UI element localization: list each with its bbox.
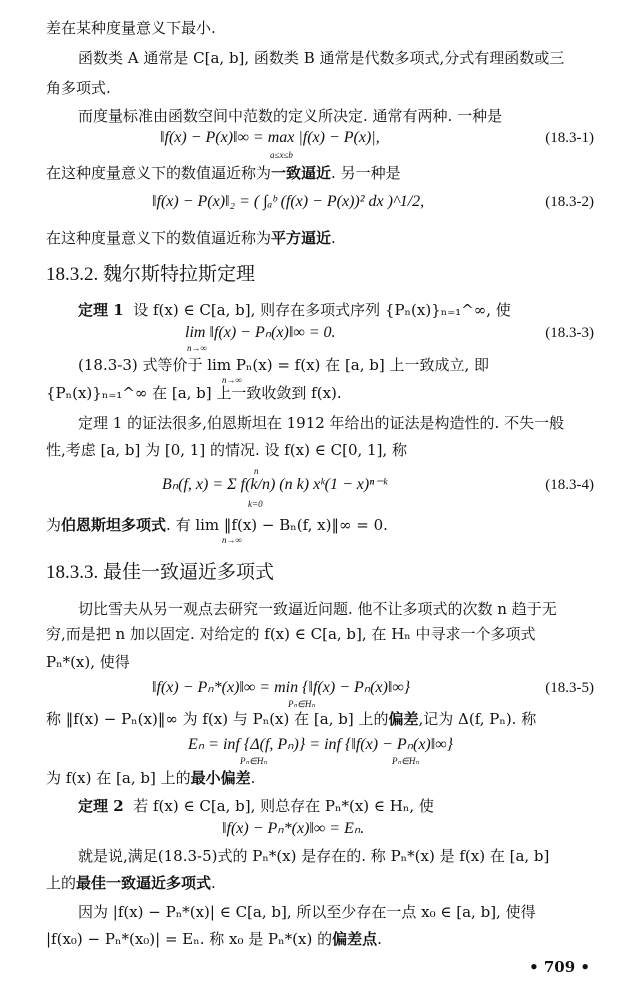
text-line: 性,考虑 [a, b] 为 [0, 1] 的情况. 设 f(x) ∈ C[0, … xyxy=(46,440,407,460)
text-line: 为伯恩斯坦多项式. 有 lim ‖f(x) − Bₙ(f, x)‖∞ = 0. xyxy=(46,515,388,535)
section-heading: 18.3.3. 最佳一致逼近多项式 xyxy=(46,560,274,586)
text-line: 就是说,满足(18.3-5)式的 Pₙ*(x) 是存在的. 称 Pₙ*(x) 是… xyxy=(78,846,549,866)
text-line: 差在某种度量意义下最小. xyxy=(46,18,216,38)
text-span: . xyxy=(211,874,216,892)
equation-min-deviation: Eₙ = inf {Δ(f, Pₙ)} = inf {‖f(x) − Pₙ(x)… xyxy=(188,734,453,756)
equation-subscript: a≤x≤b xyxy=(270,150,293,160)
equation-subscript: Pₙ∈Hₙ xyxy=(288,699,315,709)
theorem-2: 定理 2 若 f(x) ∈ C[a, b], 则总存在 Pₙ*(x) ∈ Hₙ,… xyxy=(78,796,434,816)
theorem-1: 定理 1 设 f(x) ∈ C[a, b], 则存在多项式序列 {Pₙ(x)}ₙ… xyxy=(78,300,511,320)
equation-number: (18.3-3) xyxy=(545,322,594,344)
text-line: (18.3-3) 式等价于 lim Pₙ(x) = f(x) 在 [a, b] … xyxy=(78,355,489,375)
term-deviation-point: 偏差点 xyxy=(332,930,377,948)
text-line: 函数类 A 通常是 C[a, b], 函数类 B 通常是代数多项式,分式有理函数… xyxy=(78,48,564,68)
text-span: ,记为 Δ(f, Pₙ). 称 xyxy=(418,710,536,728)
document-page: 差在某种度量意义下最小. 函数类 A 通常是 C[a, b], 函数类 B 通常… xyxy=(0,0,640,988)
text-line: 定理 1 的证法很多,伯恩斯坦在 1912 年给出的证法是构造性的. 不失一般 xyxy=(78,413,564,433)
text-span: 为 f(x) 在 [a, b] 上的 xyxy=(46,769,191,787)
equation-subscript: Pₙ∈Hₙ xyxy=(392,756,419,766)
equation-18-3-2: ‖f(x) − P(x)‖₂ = ( ∫ₐᵇ (f(x) − P(x))² dx… xyxy=(152,191,424,213)
text-line: 在这种度量意义下的数值逼近称为一致逼近. 另一种是 xyxy=(46,163,401,183)
term-uniform-approximation: 一致逼近 xyxy=(271,164,331,182)
equation-number: (18.3-2) xyxy=(545,191,594,213)
text-span: 称 ‖f(x) − Pₙ(x)‖∞ 为 f(x) 与 Pₙ(x) 在 [a, b… xyxy=(46,710,388,728)
text-line: 角多项式. xyxy=(46,78,111,98)
text-span: . 另一种是 xyxy=(331,164,401,182)
text-span: . xyxy=(251,769,256,787)
limit-subscript: n→∞ xyxy=(222,535,242,545)
equation-18-3-3: lim ‖f(x) − Pₙ(x)‖∞ = 0. xyxy=(185,322,336,344)
text-line: 而度量标准由函数空间中范数的定义所决定. 通常有两种. 一种是 xyxy=(78,106,502,126)
theorem-text: 若 f(x) ∈ C[a, b], 则总存在 Pₙ*(x) ∈ Hₙ, 使 xyxy=(133,797,434,815)
equation-number: (18.3-4) xyxy=(545,474,594,496)
text-span: 在这种度量意义下的数值逼近称为 xyxy=(46,229,271,247)
text-line: 在这种度量意义下的数值逼近称为平方逼近. xyxy=(46,228,336,248)
equation-number: (18.3-5) xyxy=(545,677,594,699)
equation-18-3-5: ‖f(x) − Pₙ*(x)‖∞ = min {‖f(x) − Pₙ(x)‖∞} xyxy=(152,677,410,699)
term-bernstein-polynomial: 伯恩斯坦多项式 xyxy=(61,516,166,534)
section-heading: 18.3.2. 魏尔斯特拉斯定理 xyxy=(46,262,255,288)
text-span: 为 xyxy=(46,516,61,534)
term-deviation: 偏差 xyxy=(388,710,418,728)
text-line: {Pₙ(x)}ₙ₌₁^∞ 在 [a, b] 上一致收敛到 f(x). xyxy=(46,383,342,403)
text-line: 切比雪夫从另一观点去研究一致逼近问题. 他不让多项式的次数 n 趋于无 xyxy=(78,599,557,619)
theorem-label: 定理 2 xyxy=(78,797,124,815)
equation-18-3-1: ‖f(x) − P(x)‖∞ = max |f(x) − P(x)|, xyxy=(160,127,380,149)
text-span: . xyxy=(331,229,336,247)
equation-subscript: n→∞ xyxy=(187,343,207,353)
equation-subscript: Pₙ∈Hₙ xyxy=(240,756,267,766)
equation-best-approx: ‖f(x) − Pₙ*(x)‖∞ = Eₙ. xyxy=(222,818,364,840)
text-span: . xyxy=(377,930,382,948)
text-span: . 有 lim ‖f(x) − Bₙ(f, x)‖∞ = 0. xyxy=(166,516,388,534)
page-number: • 709 • xyxy=(529,958,590,976)
text-line: 因为 |f(x) − Pₙ*(x)| ∈ C[a, b], 所以至少存在一点 x… xyxy=(78,902,536,922)
text-line: 上的最佳一致逼近多项式. xyxy=(46,873,216,893)
text-span: 上的 xyxy=(46,874,76,892)
term-best-uniform-approx-polynomial: 最佳一致逼近多项式 xyxy=(76,874,211,892)
theorem-text: 设 f(x) ∈ C[a, b], 则存在多项式序列 {Pₙ(x)}ₙ₌₁^∞,… xyxy=(133,301,511,319)
text-line: Pₙ*(x), 使得 xyxy=(46,652,130,672)
text-line: 为 f(x) 在 [a, b] 上的最小偏差. xyxy=(46,768,255,788)
equation-number: (18.3-1) xyxy=(545,127,594,149)
equation-18-3-4: Bₙ(f, x) = Σ f(k/n) (n k) xᵏ(1 − x)ⁿ⁻ᵏ xyxy=(162,474,387,496)
theorem-label: 定理 1 xyxy=(78,301,124,319)
text-line: 穷,而是把 n 加以固定. 对给定的 f(x) ∈ C[a, b], 在 Hₙ … xyxy=(46,624,536,644)
text-line: 称 ‖f(x) − Pₙ(x)‖∞ 为 f(x) 与 Pₙ(x) 在 [a, b… xyxy=(46,709,536,729)
text-line: |f(x₀) − Pₙ*(x₀)| = Eₙ. 称 x₀ 是 Pₙ*(x) 的偏… xyxy=(46,929,382,949)
text-span: |f(x₀) − Pₙ*(x₀)| = Eₙ. 称 x₀ 是 Pₙ*(x) 的 xyxy=(46,930,332,948)
sum-subscript: k=0 xyxy=(248,499,263,509)
text-span: 在这种度量意义下的数值逼近称为 xyxy=(46,164,271,182)
term-minimum-deviation: 最小偏差 xyxy=(191,769,251,787)
term-square-approximation: 平方逼近 xyxy=(271,229,331,247)
